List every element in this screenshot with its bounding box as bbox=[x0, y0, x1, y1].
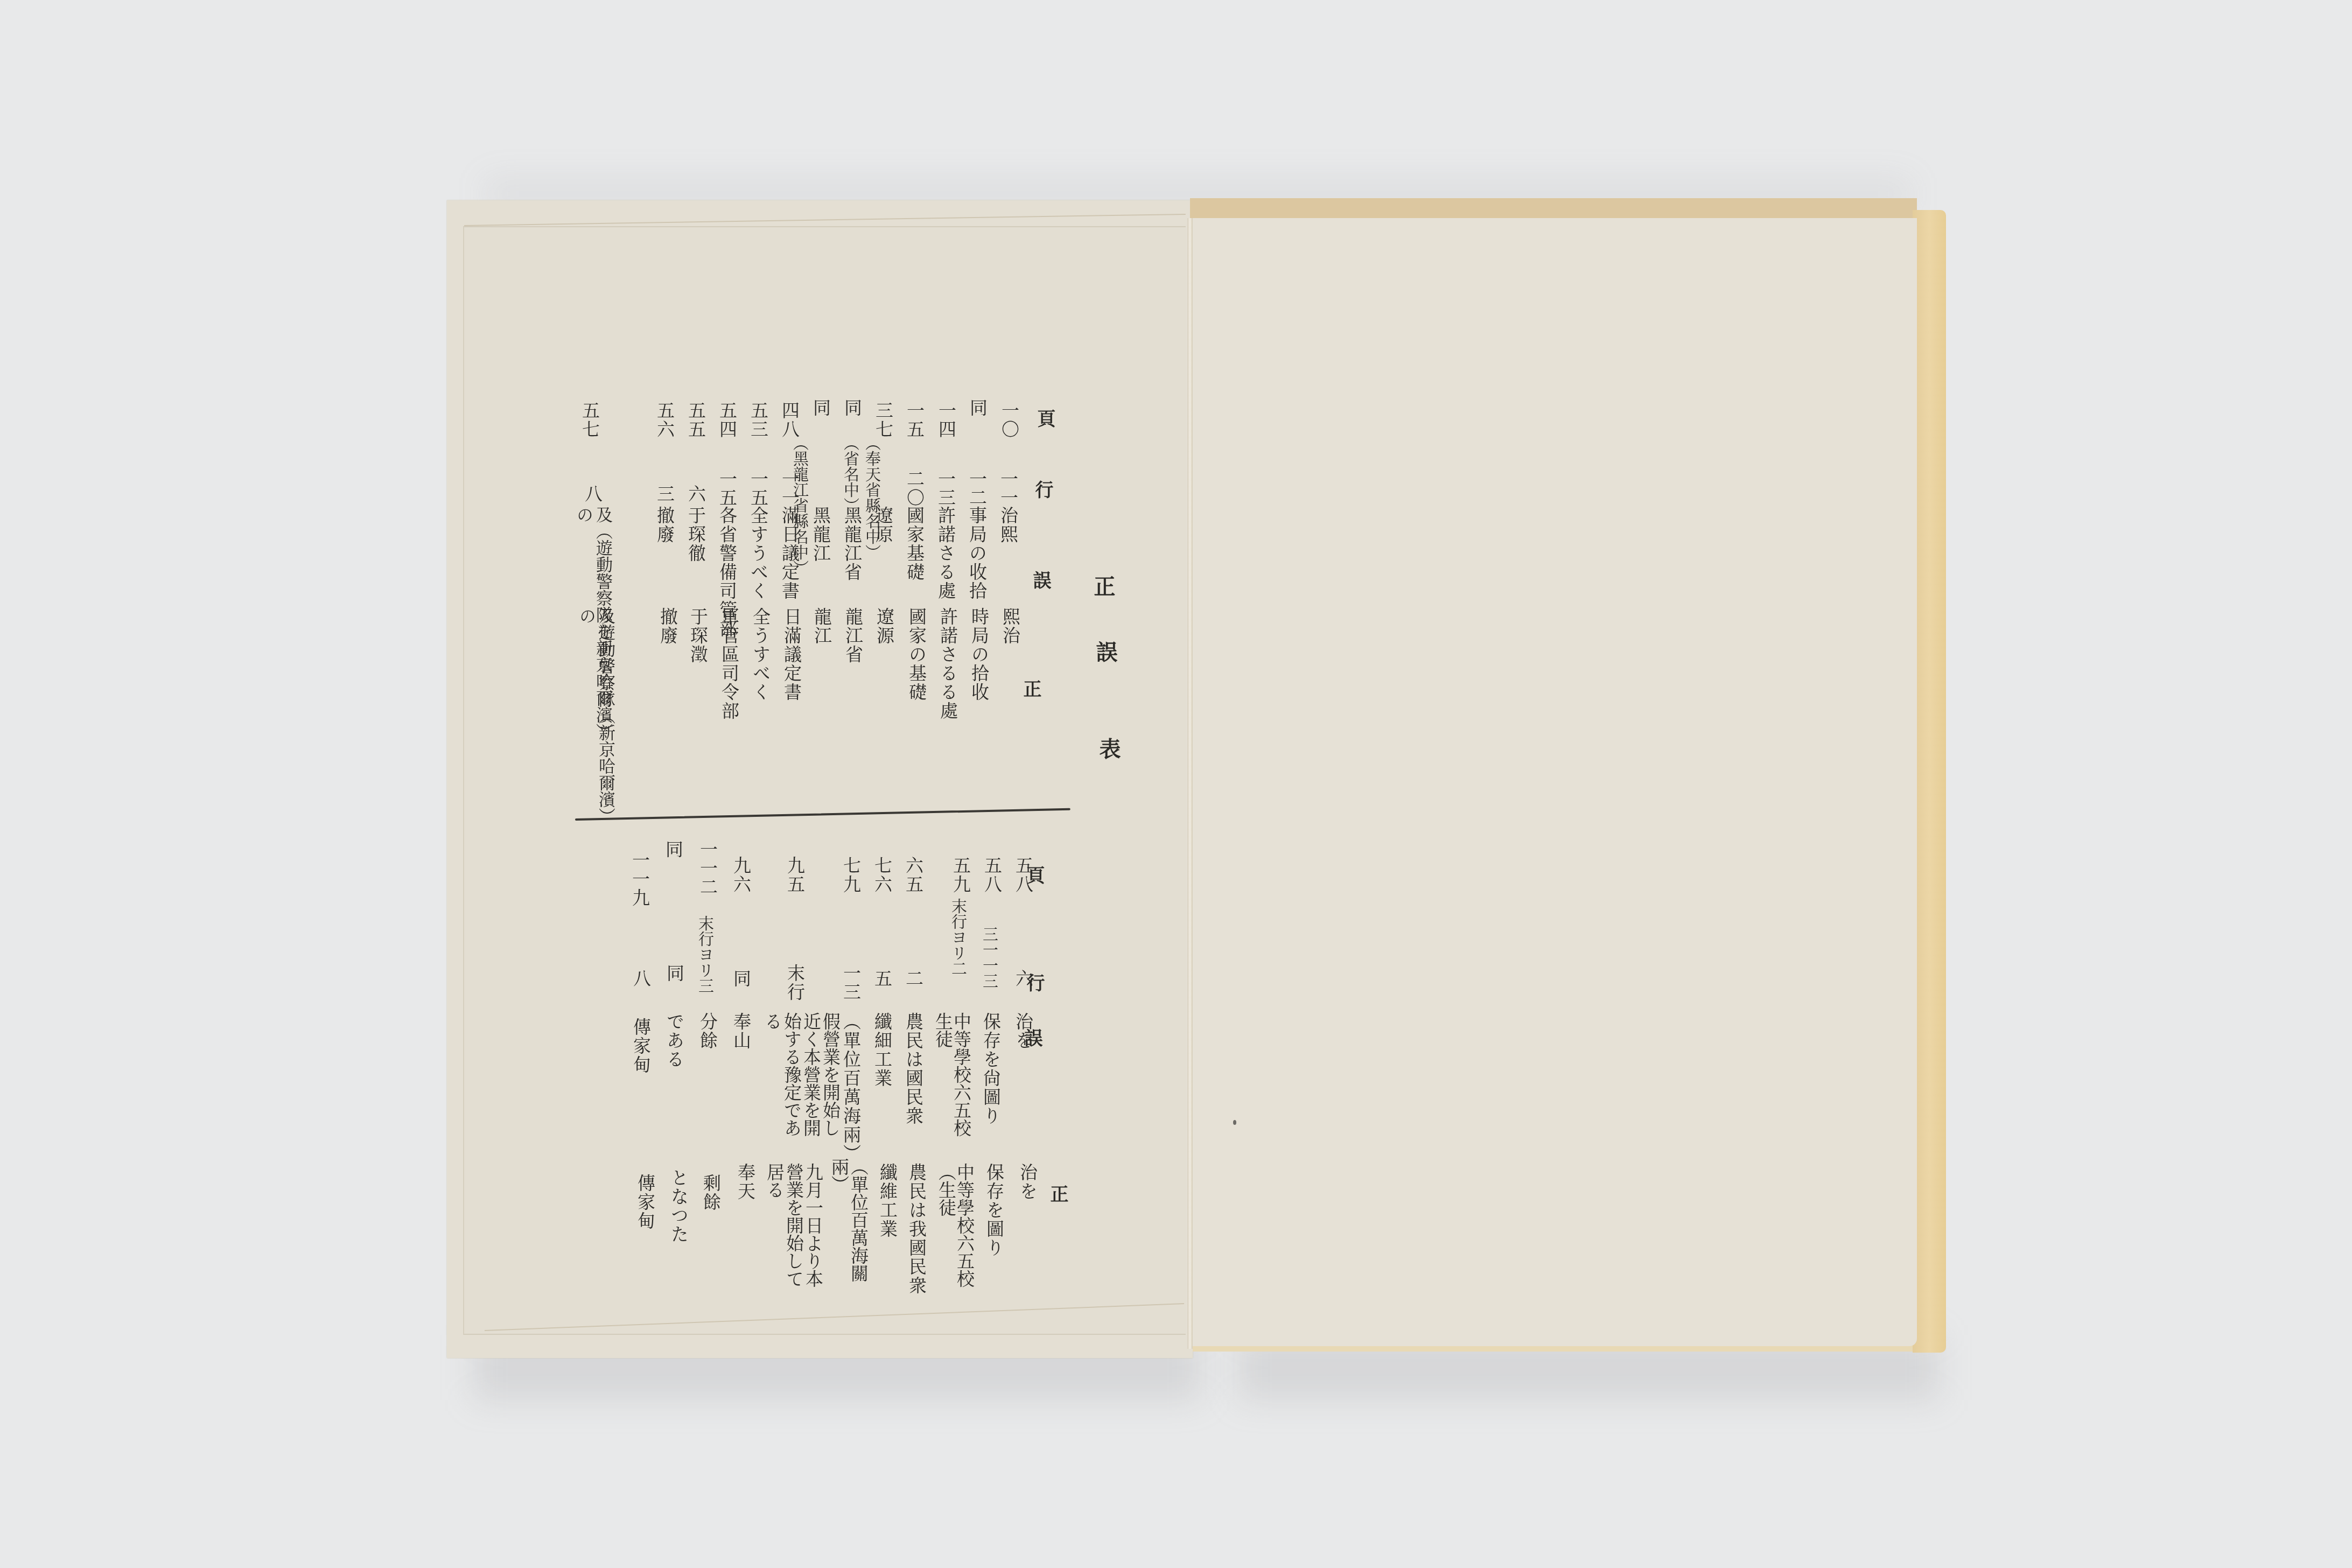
header-correct: 正 bbox=[1018, 680, 1044, 698]
lower-row-8-page: 一一二 bbox=[697, 840, 718, 897]
lower-row-7-page: 九六 bbox=[730, 856, 752, 894]
lower-row-10-wrong: 傳家甸 bbox=[630, 1018, 652, 1074]
title-char-go: 誤 bbox=[1090, 641, 1121, 662]
upper-row-0-line: 一一 bbox=[997, 470, 1019, 507]
left-page-inner-leaf bbox=[463, 226, 1186, 1335]
upper-row-2-line: 一三 bbox=[935, 470, 956, 507]
lower-row-1-line: 三一一三 bbox=[981, 926, 998, 989]
upper-row-11-line: 三 bbox=[654, 485, 675, 503]
lower-row-4-page: 七六 bbox=[871, 856, 893, 894]
lower-row-8-line: 末行ヨリ三 bbox=[697, 915, 714, 993]
upper-row-12-page: 五七 bbox=[579, 401, 600, 439]
lower-row-2-page: 五九 bbox=[950, 856, 971, 894]
right-page-blank bbox=[1193, 218, 1917, 1346]
upper-row-6-correct: 龍江 bbox=[811, 607, 832, 645]
lower-row-5-wrong: （單位百萬海兩） bbox=[840, 1012, 862, 1163]
lower-row-4-line: 五 bbox=[871, 969, 893, 988]
lower-row-6-page: 九五 bbox=[784, 856, 806, 894]
lower-row-2-wrong: 中等學校六五校生徒 bbox=[934, 1012, 970, 1147]
upper-row-9-correct: 軍管區司令部 bbox=[718, 607, 740, 720]
upper-row-12-line: 八 bbox=[582, 485, 603, 503]
upper-row-5-line: （省名中） bbox=[842, 435, 859, 513]
upper-row-2-page: 一四 bbox=[935, 401, 957, 439]
lower-row-10-correct: 傳家甸 bbox=[634, 1174, 656, 1230]
upper-row-3-page: 一五 bbox=[904, 401, 925, 439]
upper-row-6-wrong: 黑龍江 bbox=[810, 506, 831, 563]
upper-row-5-correct: 龍江省 bbox=[842, 607, 864, 664]
upper-row-1-line: 一二 bbox=[966, 470, 988, 507]
upper-row-2-correct: 許諾さるる處 bbox=[937, 607, 958, 720]
lower-row-0-line: 六 bbox=[1012, 969, 1034, 988]
header-page: 頁 bbox=[1032, 409, 1058, 428]
lower-row-10-line: 八 bbox=[630, 969, 652, 988]
lower-row-10-page: 一一九 bbox=[629, 851, 650, 907]
lower-row-9-wrong: である bbox=[663, 1012, 685, 1069]
lower-row-5-page: 七九 bbox=[840, 856, 862, 894]
lower-row-9-page: 同 bbox=[662, 840, 684, 859]
upper-row-9-page: 五四 bbox=[716, 401, 738, 439]
lower-row-3-correct: 農民は我國民衆 bbox=[906, 1163, 927, 1295]
lower-row-1-page: 五八 bbox=[981, 856, 1003, 894]
lower-row-3-wrong: 農民は國民衆 bbox=[902, 1012, 924, 1125]
upper-row-3-line: 二〇 bbox=[904, 470, 925, 507]
upper-row-4-page: 三七 bbox=[872, 401, 894, 439]
upper-row-8-line: 一五 bbox=[747, 470, 769, 507]
upper-row-10-correct: 于琛澂 bbox=[687, 607, 709, 664]
lower-row-3-line: 二 bbox=[902, 969, 924, 988]
lower-row-6-wrong: 假營業を開始し近く本營業を開始する豫定である bbox=[762, 1012, 840, 1150]
lower-row-4-correct: 纖維工業 bbox=[877, 1163, 898, 1238]
title-char-sei: 正 bbox=[1088, 575, 1118, 597]
upper-row-1-correct: 時局の拾收 bbox=[968, 607, 990, 702]
lower-row-9-line: 同 bbox=[663, 964, 685, 983]
upper-row-10-line: 六 bbox=[685, 485, 706, 503]
upper-row-8-wrong: 全すうべく bbox=[747, 506, 769, 600]
title-char-hyo: 表 bbox=[1093, 738, 1124, 759]
upper-row-3-correct: 國家の基礎 bbox=[906, 607, 927, 702]
lower-row-3-page: 六五 bbox=[902, 856, 924, 894]
upper-row-8-correct: 全うすべく bbox=[750, 607, 771, 702]
upper-row-4-correct: 遼源 bbox=[873, 607, 895, 645]
upper-row-7-correct: 日滿議定書 bbox=[781, 607, 802, 702]
lower-row-8-correct: 剩餘 bbox=[700, 1174, 722, 1212]
lower-row-4-wrong: 纖細工業 bbox=[871, 1012, 893, 1088]
lower-row-2-correct: 中等學校六五校（生徒 bbox=[937, 1163, 974, 1303]
lower-row-6-line: 末行 bbox=[784, 964, 806, 1002]
paper-speck bbox=[1233, 1120, 1236, 1125]
lower-row-5-correct: （單位百萬海關兩） bbox=[829, 1158, 868, 1292]
upper-row-0-correct: 熙治 bbox=[999, 607, 1021, 645]
lower-row-5-line: 一三 bbox=[840, 964, 862, 1002]
right-fore-edge bbox=[1913, 210, 1946, 1353]
upper-row-5-wrong: 黑龍江省 bbox=[841, 506, 863, 582]
upper-row-8-page: 五三 bbox=[747, 401, 769, 439]
lower-row-7-line: 同 bbox=[730, 969, 752, 988]
lower-row-6-correct: 九月一日より本營業を開始して居る bbox=[765, 1163, 823, 1300]
upper-row-7-line: 一一 bbox=[779, 470, 800, 507]
upper-row-4-line: （奉天省縣名中） bbox=[864, 435, 881, 500]
lower-header-correct: 正 bbox=[1045, 1185, 1071, 1203]
upper-row-7-wrong: 滿日議定書 bbox=[779, 506, 800, 600]
lower-row-1-correct: 保存を圖り bbox=[983, 1163, 1005, 1257]
upper-row-12-correct: 及遊動警察隊（新京哈爾濱）の bbox=[576, 607, 615, 834]
upper-row-5-page: 同 bbox=[841, 398, 863, 417]
upper-row-11-wrong: 撤廢 bbox=[654, 506, 675, 544]
upper-row-11-page: 五六 bbox=[654, 401, 675, 439]
lower-row-0-correct: 治を bbox=[1017, 1163, 1038, 1201]
upper-row-7-page: 四八 bbox=[779, 401, 800, 439]
upper-row-3-wrong: 國家基礎 bbox=[904, 506, 925, 582]
top-edge-strip bbox=[1190, 198, 1917, 220]
lower-row-8-wrong: 分餘 bbox=[697, 1012, 718, 1050]
upper-row-10-wrong: 于琛徹 bbox=[685, 506, 706, 563]
upper-row-1-wrong: 事局の收拾 bbox=[966, 506, 988, 600]
upper-row-11-correct: 撤廢 bbox=[657, 607, 678, 645]
lower-row-9-correct: となつた bbox=[668, 1168, 689, 1244]
lower-row-2-line: 末行ヨリ二 bbox=[950, 898, 967, 976]
book-gutter bbox=[1187, 218, 1193, 1349]
upper-row-1-page: 同 bbox=[967, 398, 988, 417]
upper-row-0-page: 一〇 bbox=[998, 401, 1020, 439]
header-line: 行 bbox=[1030, 480, 1056, 499]
upper-row-2-wrong: 許諾さる處 bbox=[935, 506, 956, 600]
upper-row-10-page: 五五 bbox=[685, 401, 706, 439]
upper-row-4-wrong: 遼原 bbox=[872, 506, 894, 544]
lower-row-7-correct: 奉天 bbox=[734, 1163, 756, 1201]
lower-row-0-wrong: 治を bbox=[1012, 1012, 1034, 1050]
upper-row-0-wrong: 治熙 bbox=[997, 506, 1019, 544]
lower-row-0-page: 五八 bbox=[1012, 856, 1034, 894]
upper-row-6-page: 同 bbox=[810, 398, 831, 417]
lower-row-7-wrong: 奉山 bbox=[730, 1012, 752, 1050]
upper-row-9-line: 一五 bbox=[716, 470, 738, 507]
header-wrong: 誤 bbox=[1027, 571, 1054, 589]
lower-row-1-wrong: 保存を尙圖り bbox=[980, 1012, 1002, 1125]
